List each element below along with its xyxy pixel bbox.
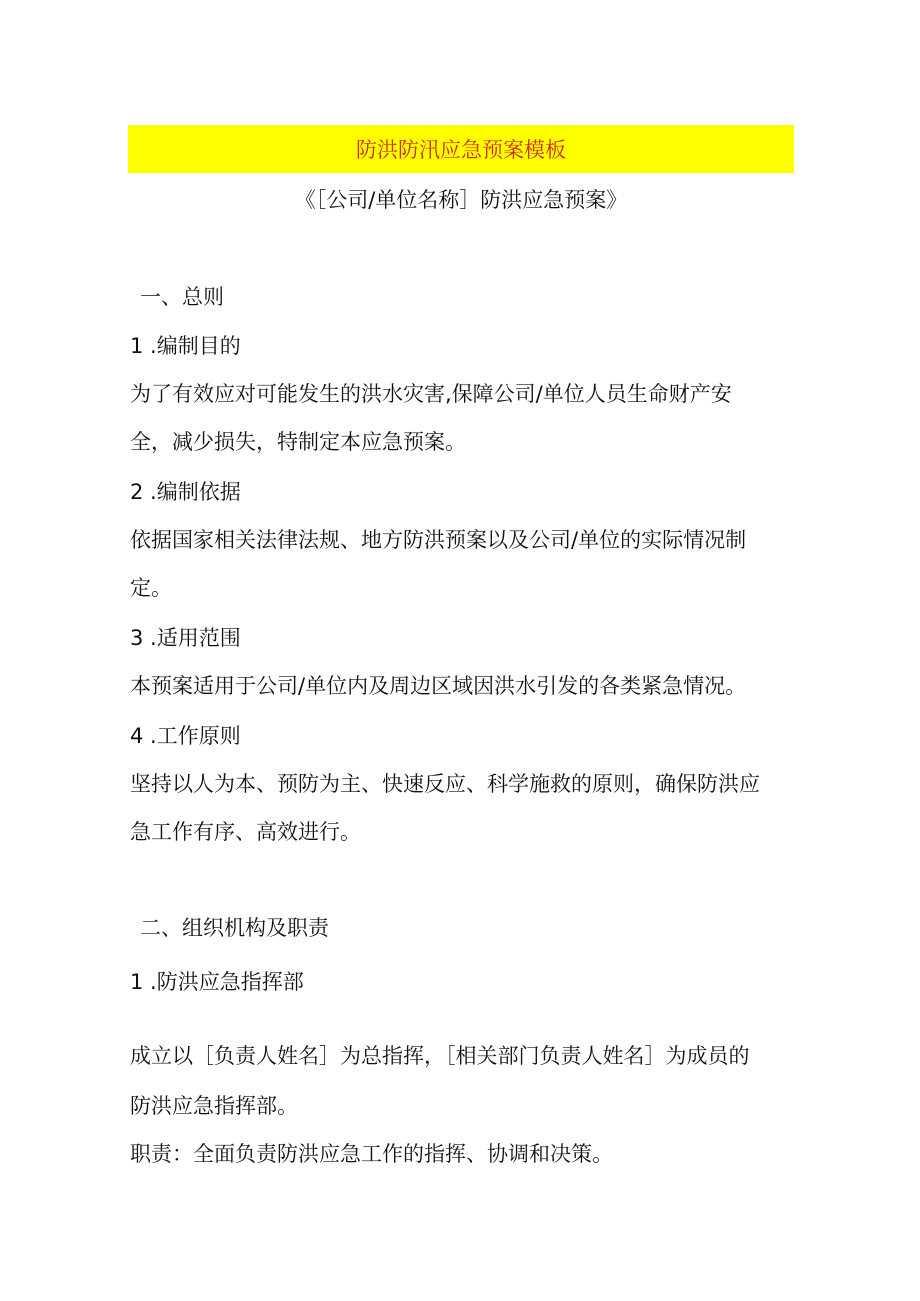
paragraph-line: 为了有效应对可能发生的洪水灾害,保障公司/单位人员生命财产安: [130, 380, 732, 408]
paragraph-line: 全，减少损失，特制定本应急预案。: [130, 428, 466, 456]
item-heading-command: 1 .防洪应急指挥部: [130, 968, 304, 996]
paragraph-line: 坚持以人为本、预防为主、快速反应、科学施救的原则，确保防洪应: [130, 770, 760, 798]
item-heading-principles: 4 .工作原则: [130, 722, 241, 750]
item-heading-basis: 2 .编制依据: [130, 478, 241, 506]
title-banner: 防洪防汛应急预案模板: [128, 125, 794, 173]
section-heading-general: 一、总则: [140, 283, 224, 311]
document-subtitle: 《［公司/单位名称］防洪应急预案》: [128, 184, 794, 214]
paragraph-line: 防洪应急指挥部。: [130, 1092, 298, 1120]
section-heading-organization: 二、组织机构及职责: [140, 914, 329, 942]
document-page: 防洪防汛应急预案模板 《［公司/单位名称］防洪应急预案》 一、总则 1 .编制目…: [0, 0, 920, 1301]
paragraph-line: 急工作有序、高效进行。: [130, 818, 361, 846]
item-heading-scope: 3 .适用范围: [130, 624, 241, 652]
paragraph-line: 定。: [130, 574, 172, 602]
paragraph-line: 职责：全面负责防洪应急工作的指挥、协调和决策。: [130, 1140, 613, 1168]
paragraph-line: 本预案适用于公司/单位内及周边区域因洪水引发的各类紧急情况。: [130, 672, 746, 700]
paragraph-line: 依据国家相关法律法规、地方防洪预案以及公司/单位的实际情况制: [130, 526, 746, 554]
paragraph-line: 成立以［负责人姓名］为总指挥，［相关部门负责人姓名］为成员的: [130, 1042, 750, 1070]
item-heading-purpose: 1 .编制目的: [130, 332, 241, 360]
document-title: 防洪防汛应急预案模板: [356, 134, 566, 164]
